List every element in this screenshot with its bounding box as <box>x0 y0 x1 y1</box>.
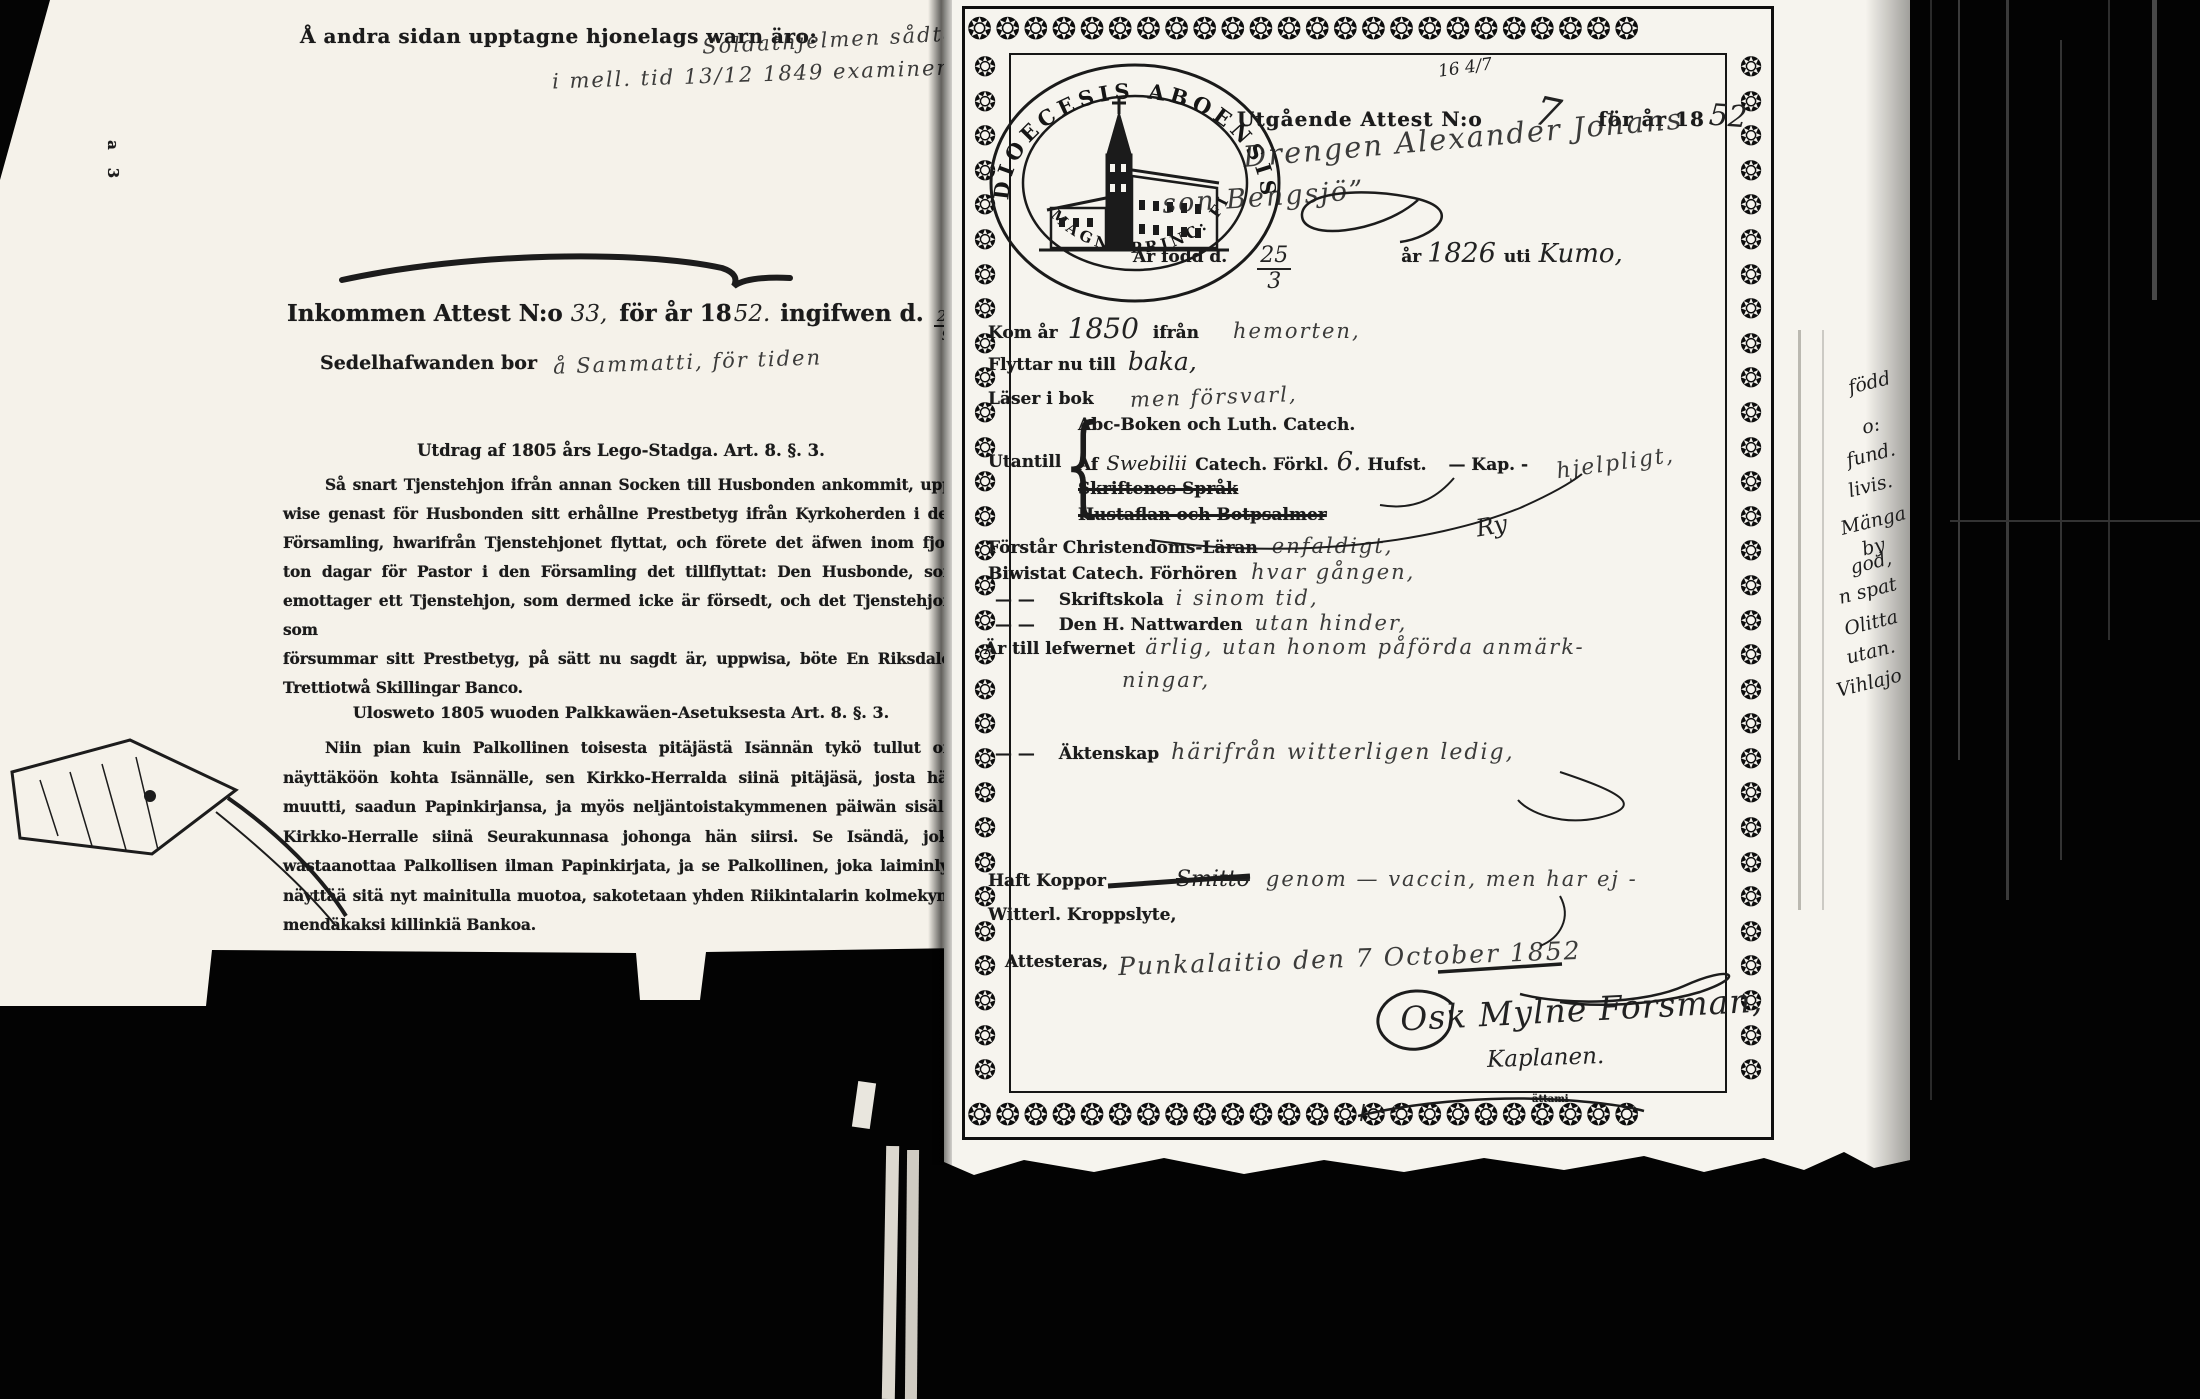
confirmation-school-handwritten: i sinom tid, <box>1176 586 1319 610</box>
confirmation-school-row: — — Skriftskola i sinom tid, <box>995 586 1319 610</box>
statute-line: ton dagar för Pastor i den Församling de… <box>283 557 959 586</box>
statute-heading-finnish: Ulosweto 1805 wuoden Palkkawäen-Asetukse… <box>283 703 959 722</box>
inkommen-attest-year: 52. <box>734 301 771 327</box>
film-scratch <box>2006 0 2009 900</box>
border-rosettes-right: ❂❂❂❂❂❂❂❂❂❂❂❂❂❂❂❂❂❂❂❂❂❂❂❂❂❂❂❂❂❂ <box>1731 51 1771 1095</box>
attestation-label: Attesteras, <box>1005 952 1108 972</box>
catechism-title: Catech. Förkl. <box>1195 455 1328 475</box>
ditto-dashes: — — <box>995 744 1035 764</box>
marriage-row: — — Äktenskap härifrån witterligen ledig… <box>995 740 1515 765</box>
statute-line: näyttää sitä nyt mainitulla muotoa, sako… <box>283 881 959 911</box>
birth-year-handwritten: 1826 <box>1427 238 1496 269</box>
memorization-item-scripture-struck: Skriftenes Språk <box>1078 479 1238 499</box>
statute-line: Niin pian kuin Palkollinen toisesta pitä… <box>283 733 959 763</box>
film-scratch <box>2060 40 2062 860</box>
memorization-item-abc: Abc-Boken och Luth. Catech. <box>1078 415 1355 435</box>
born-year-prefix: år <box>1401 247 1421 267</box>
spine-page-edge <box>905 1150 919 1399</box>
attestation-row: Attesteras, Punkalaitio den 7 October 18… <box>1005 944 1582 973</box>
torn-paper-chip <box>852 1081 876 1129</box>
conduct-row: Är till lefwernet ärlig, utan honom påfö… <box>984 635 1585 659</box>
arrival-from-label: ifrån <box>1153 323 1199 343</box>
film-scratch-horizontal <box>1950 520 2200 522</box>
smallpox-handwritten: genom — vaccin, men har ej - <box>1266 867 1638 891</box>
memorization-item-hustavla-struck: Hustaflan och Botpsalmer <box>1078 505 1327 525</box>
inkommen-attest-number: 33, <box>571 301 608 327</box>
statute-line: Kirkko-Herralle siinä Seurakunnasa johon… <box>283 822 959 852</box>
communion-label: Den H. Nattwarden <box>1059 615 1243 635</box>
marriage-label: Äktenskap <box>1059 744 1159 764</box>
memorization-label: Utantill <box>988 452 1061 472</box>
archival-book-scan: Å andra sidan upptagne hjonelags warn är… <box>0 0 2200 1399</box>
statute-line: försummar sitt Prestbetyg, på sätt nu sa… <box>283 644 959 673</box>
catechism-exam-row: Biwistat Catech. Förhören hvar gången, <box>988 560 1415 584</box>
arrival-label: Kom år <box>988 323 1058 343</box>
smallpox-label: Haft Koppor <box>988 871 1106 891</box>
understanding-label: Förstår Christendoms-Läran <box>988 538 1258 558</box>
arrival-row: Kom år 1850 ifrån hemorten, <box>988 312 1361 345</box>
moving-row: Flyttar nu till baka, <box>988 347 1197 376</box>
birth-place-handwritten: Kumo, <box>1539 239 1623 269</box>
born-label: År född d. <box>1133 247 1227 267</box>
catechism-author-handwritten: Swebilii <box>1106 451 1187 475</box>
border-rosettes-bottom: ❂❂❂❂❂❂❂❂❂❂❂❂❂❂❂❂❂❂❂❂❂❂❂❂ <box>967 1095 1767 1137</box>
catechism-exam-handwritten: hvar gången, <box>1251 560 1415 584</box>
holder-label: Sedelhafwanden bor <box>320 352 537 374</box>
birth-date-fraction: 25 3 <box>1257 245 1291 293</box>
statute-heading-swedish: Utdrag af 1805 års Lego-Stadga. Art. 8. … <box>283 441 959 460</box>
statute-line: Så snart Tjenstehjon ifrån annan Socken … <box>283 470 959 499</box>
statute-line: näyttäköön kohta Isännälle, sen Kirkko-H… <box>283 763 959 793</box>
statute-line: Trettiotwå Skillingar Banco. <box>283 673 959 702</box>
film-scratch <box>1930 0 1932 1100</box>
statute-line: wastaanottaa Palkollisen ilman Papinkirj… <box>283 851 959 881</box>
marriage-status-handwritten: härifrån witterligen ledig, <box>1171 740 1514 765</box>
film-scratch <box>1958 0 1960 760</box>
page-crease-line <box>1798 330 1801 910</box>
statute-line: mendäkaksi killinkiä Bankoa. <box>283 910 959 940</box>
conduct-handwritten-continued: ningar, <box>1122 668 1210 692</box>
book-gutter-shadow <box>928 0 952 1165</box>
statute-paragraph-swedish: Så snart Tjenstehjon ifrån annan Socken … <box>283 470 959 702</box>
reading-row: Läser i bok men försvarl, <box>988 385 1297 409</box>
statute-line: wise genast för Husbonden sitt erhållne … <box>283 499 959 528</box>
form-small-print: ättami <box>1532 1094 1569 1105</box>
born-place-prefix: uti <box>1504 247 1531 267</box>
memorization-item-catechism: Af Swebilii Catech. Förkl. 6. Hufst. — K… <box>1078 447 1675 477</box>
bodily-defect-label: Witterl. Kroppslyte, <box>988 905 1176 925</box>
inkommen-attest-line: Inkommen Attest N:o 33, för år 18 52. in… <box>287 300 991 343</box>
conduct-handwritten: ärlig, utan honom påförda anmärk- <box>1145 635 1584 659</box>
statute-line: Församling, hwarifrån Tjenstehjonet flyt… <box>283 528 959 557</box>
holder-line: Sedelhafwanden bor å Sammatti, för tiden <box>320 350 822 374</box>
catechism-kap-label: — Kap. - <box>1449 455 1529 475</box>
moving-label: Flyttar nu till <box>988 355 1116 375</box>
inkommen-attest-label: Inkommen Attest N:o <box>287 300 563 327</box>
catechism-prefix: Af <box>1078 455 1098 475</box>
film-scratch <box>2108 0 2110 640</box>
signature-title: Kaplanen. <box>1487 1043 1605 1073</box>
communion-row: — — Den H. Nattwarden utan hinder, <box>995 611 1407 635</box>
moving-destination-handwritten: baka, <box>1128 347 1197 376</box>
understanding-row: Förstår Christendoms-Läran enfaldigt, <box>988 534 1393 558</box>
understanding-grade-handwritten: enfaldigt, <box>1272 534 1394 558</box>
catechism-chapters-handwritten: 6. <box>1337 447 1362 477</box>
smallpox-struck-word: Smitto <box>1176 867 1250 892</box>
ditto-dashes: — — <box>995 615 1035 635</box>
arrival-year-handwritten: 1850 <box>1068 312 1139 345</box>
border-rosettes-top: ❂❂❂❂❂❂❂❂❂❂❂❂❂❂❂❂❂❂❂❂❂❂❂❂ <box>967 9 1767 51</box>
page-crease-line <box>1822 330 1824 910</box>
left-margin-mark-2: 3 <box>104 168 122 178</box>
ditto-dashes: — — <box>995 590 1035 610</box>
spine-page-edge <box>882 1146 899 1399</box>
reading-grade-handwritten: men försvarl, <box>1129 382 1297 412</box>
attest-year-handwritten: 52 <box>1708 98 1749 136</box>
birth-line: År född d. 25 3 år 1826 uti Kumo, <box>1133 238 1623 293</box>
smallpox-row: Haft Koppor Smitto genom — vaccin, men h… <box>988 867 1638 892</box>
left-margin-mark-1: a <box>104 140 122 150</box>
film-scratch <box>2152 0 2157 300</box>
conduct-label: Är till lefwernet <box>984 639 1135 659</box>
statute-line: emottager ett Tjenstehjon, som dermed ic… <box>283 586 959 644</box>
inkommen-attest-submitted-label: ingifwen d. <box>780 300 923 327</box>
arrival-origin-handwritten: hemorten, <box>1233 319 1361 343</box>
margin-paraph: Ry <box>1474 510 1510 543</box>
confirmation-school-label: Skriftskola <box>1059 590 1164 610</box>
statute-paragraph-finnish: Niin pian kuin Palkollinen toisesta pitä… <box>283 733 959 940</box>
catechism-exam-label: Biwistat Catech. Förhören <box>988 564 1237 584</box>
holder-handwriting: å Sammatti, för tiden <box>553 345 823 378</box>
inkommen-attest-year-prefix: för år 18 <box>619 300 731 327</box>
catechism-section-label: Hufst. <box>1367 455 1426 475</box>
communion-handwritten: utan hinder, <box>1255 611 1408 635</box>
statute-line: muutti, saadun Papinkirjansa, ja myös ne… <box>283 792 959 822</box>
